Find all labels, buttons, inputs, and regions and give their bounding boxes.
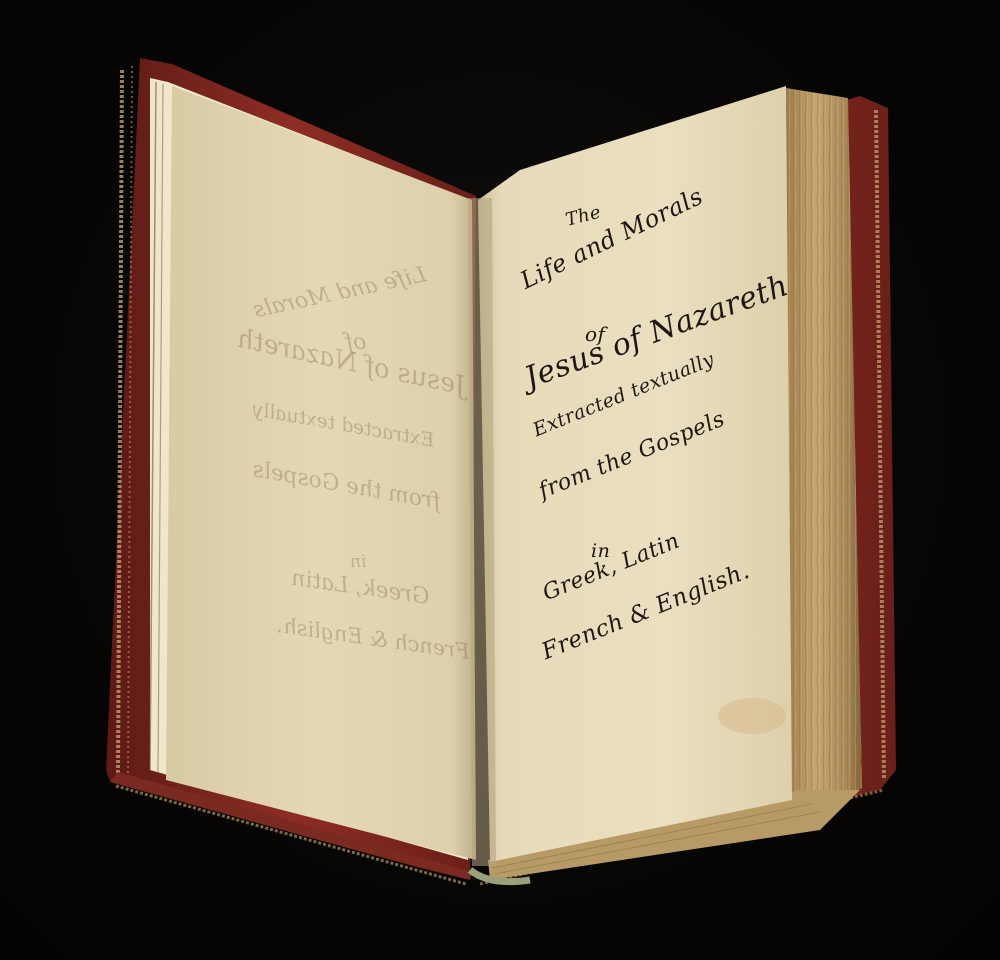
- bleed-line-6: in: [350, 552, 366, 572]
- right-page: [478, 86, 792, 862]
- photo-scene: Life and Morals of Jesus of Nazareth Ext…: [0, 0, 1000, 960]
- open-book: [0, 0, 1000, 960]
